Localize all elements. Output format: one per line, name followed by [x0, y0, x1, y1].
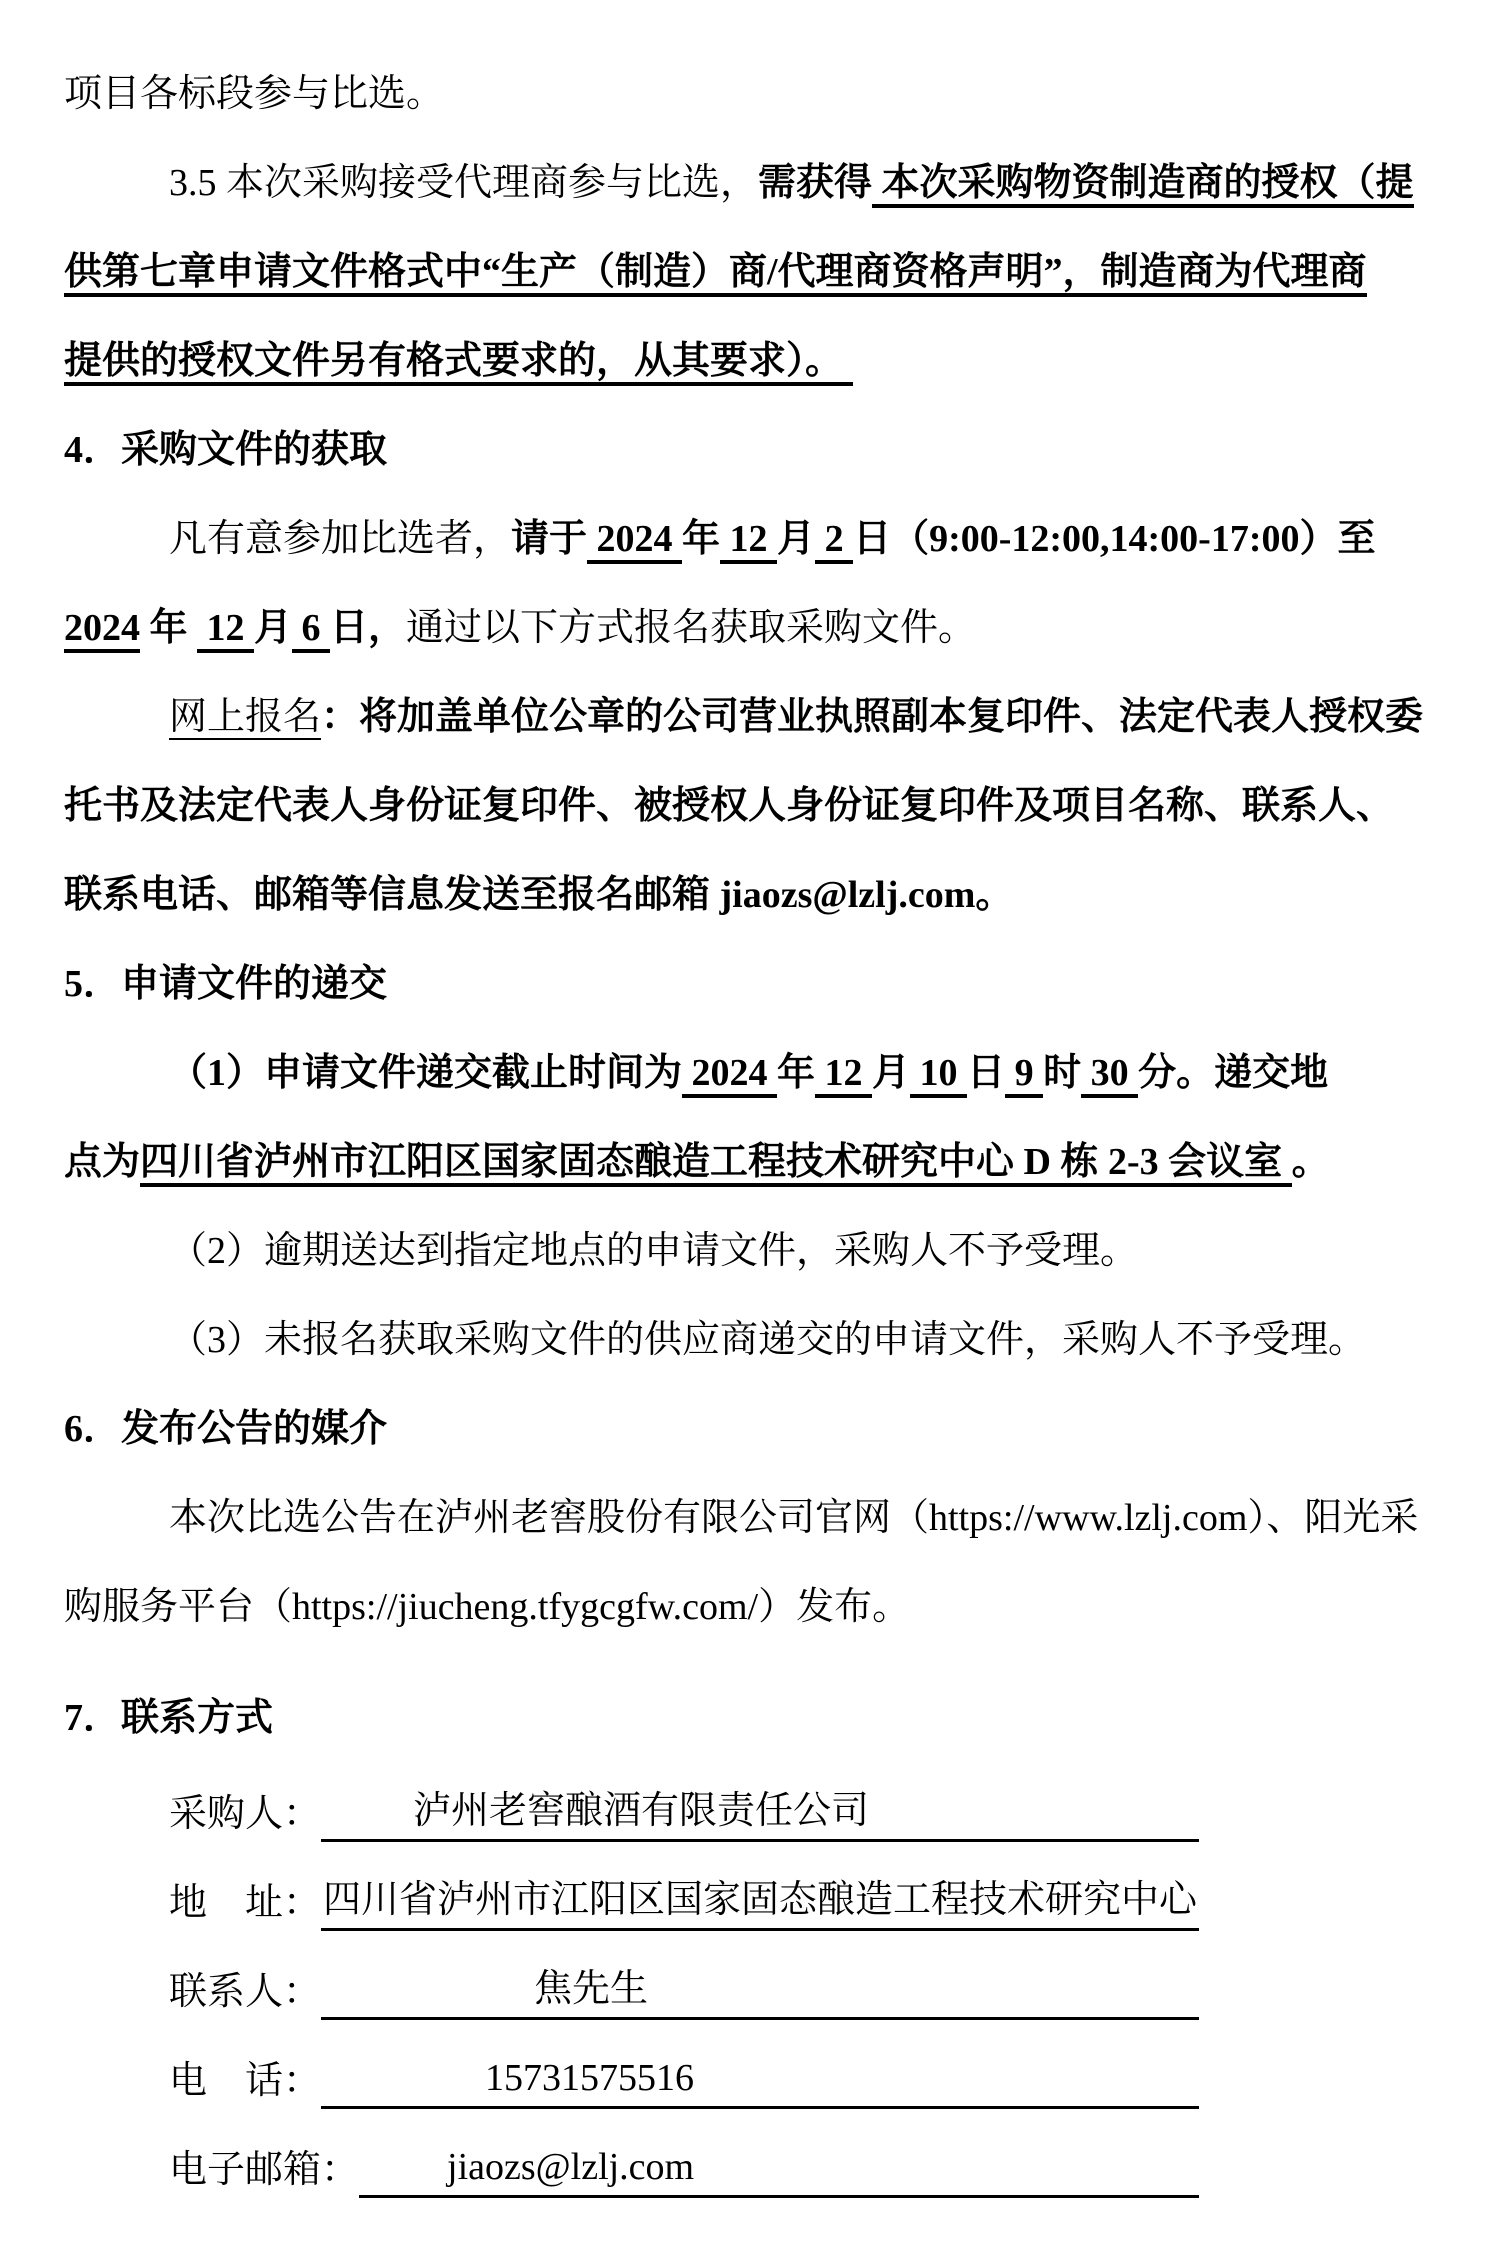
document-line: 7．联系方式 [64, 1674, 1436, 1763]
text-run: 2 [815, 518, 853, 564]
text-run: 。 [1292, 1141, 1330, 1183]
document-line: 托书及法定代表人身份证复印件、被授权人身份证复印件及项目名称、联系人、 [64, 762, 1436, 851]
text-run: 本次比选公告在泸州老窖股份有限公司官网（https://www.lzlj.com… [169, 1497, 1418, 1539]
text-run: 10 [910, 1052, 967, 1098]
text-run: 2024 [682, 1052, 777, 1098]
document-line: 点为四川省泸州市江阳区国家固态酿造工程技术研究中心 D 栋 2-3 会议室 。 [64, 1118, 1436, 1207]
text-run: 项目各标段参与比选。 [64, 73, 444, 115]
text-run: 点为 [64, 1141, 140, 1183]
text-run: 日（9:00-12:00,14:00-17:00）至 [853, 518, 1375, 560]
contact-field-label: 采购人： [169, 1794, 321, 1842]
document-line: 2024 年 12 月 6 日，通过以下方式报名获取采购文件。 [64, 584, 1436, 673]
text-run: 2024 [587, 518, 682, 564]
text-run: 供第七章申请文件格式中“生产（制造）商/代理商资格声明”，制造商为代理商 [64, 251, 1367, 297]
contact-field-row: 采购人：泸州老窖酿酒有限责任公司 [169, 1763, 1199, 1852]
text-run: 日， [330, 607, 406, 649]
text-run: 网上报名 [169, 696, 321, 740]
text-run: 时 [1043, 1052, 1081, 1094]
document-line: 项目各标段参与比选。 [64, 50, 1436, 139]
text-run: ： [321, 696, 359, 738]
document-line: 提供的授权文件另有格式要求的，从其要求）。 [64, 317, 1436, 406]
text-run: 12 [720, 518, 777, 564]
contact-field-value: 四川省泸州市江阳区国家固态酿造工程技术研究中心 [321, 1880, 1199, 1931]
text-run: 需获得 [758, 162, 872, 204]
text-run: （3）未报名获取采购文件的供应商递交的申请文件，采购人不予受理。 [169, 1319, 1366, 1361]
document-line: （1）申请文件递交截止时间为 2024 年 12 月 10 日 9 时 30 分… [64, 1029, 1436, 1118]
document-line: 供第七章申请文件格式中“生产（制造）商/代理商资格声明”，制造商为代理商 [64, 228, 1436, 317]
contact-field-row: 地 址：四川省泸州市江阳区国家固态酿造工程技术研究中心 [169, 1852, 1199, 1941]
text-run: 年 [682, 518, 720, 560]
text-run: 将加盖单位公章的公司营业执照副本复印件、法定代表人授权委 [359, 696, 1423, 738]
contact-field-row: 电 话：15731575516 [169, 2030, 1199, 2119]
text-run: 9 [1005, 1052, 1043, 1098]
contact-field-label: 电子邮箱： [169, 2150, 359, 2198]
text-run: 月 [254, 607, 292, 649]
text-run: 购服务平台（https://jiucheng.tfygcgfw.com/）发布。 [64, 1586, 910, 1628]
document-line: 本次比选公告在泸州老窖股份有限公司官网（https://www.lzlj.com… [64, 1474, 1436, 1563]
document-line: 网上报名：将加盖单位公章的公司营业执照副本复印件、法定代表人授权委 [64, 673, 1436, 762]
text-run: 12 [815, 1052, 872, 1098]
document-line: 购服务平台（https://jiucheng.tfygcgfw.com/）发布。 [64, 1563, 1436, 1652]
text-run: 7．联系方式 [64, 1697, 273, 1739]
text-run: 日 [967, 1052, 1005, 1094]
text-run: 本次采购物资制造商的授权（提 [872, 162, 1414, 208]
text-run: 月 [777, 518, 815, 560]
text-run: 年 [140, 607, 197, 649]
text-run: 2024 [64, 607, 140, 653]
document-page: 项目各标段参与比选。3.5 本次采购接受代理商参与比选，需获得 本次采购物资制造… [0, 0, 1500, 2260]
text-run: 托书及法定代表人身份证复印件、被授权人身份证复印件及项目名称、联系人、 [64, 785, 1394, 827]
document-line: 凡有意参加比选者，请于 2024 年 12 月 2 日（9:00-12:00,1… [64, 495, 1436, 584]
document-line: （2）逾期送达到指定地点的申请文件，采购人不予受理。 [64, 1207, 1436, 1296]
contact-field-row: 联系人：焦先生 [169, 1941, 1199, 2030]
text-run: （2）逾期送达到指定地点的申请文件，采购人不予受理。 [169, 1230, 1138, 1272]
text-run: 请于 [511, 518, 587, 560]
contact-field-label: 电 话： [169, 2061, 321, 2109]
document-line: 6．发布公告的媒介 [64, 1385, 1436, 1474]
text-run: 凡有意参加比选者， [169, 518, 511, 560]
contact-field-value: 15731575516 [321, 2058, 1199, 2109]
document-line: 联系电话、邮箱等信息发送至报名邮箱 jiaozs@lzlj.com。 [64, 851, 1436, 940]
document-line: 3.5 本次采购接受代理商参与比选，需获得 本次采购物资制造商的授权（提 [64, 139, 1436, 228]
document-line: （3）未报名获取采购文件的供应商递交的申请文件，采购人不予受理。 [64, 1296, 1436, 1385]
contact-field-value: jiaozs@lzlj.com [359, 2147, 1199, 2198]
contact-field-value: 焦先生 [321, 1969, 1199, 2020]
text-run: 6 [292, 607, 330, 653]
text-run: 4．采购文件的获取 [64, 429, 387, 471]
text-run: 分。递交地 [1138, 1052, 1328, 1094]
text-run: 年 [777, 1052, 815, 1094]
contact-field-label: 联系人： [169, 1972, 321, 2020]
contact-field-row: 电子邮箱：jiaozs@lzlj.com [169, 2119, 1199, 2208]
text-run: 12 [197, 607, 254, 653]
text-run: 四川省泸州市江阳区国家固态酿造工程技术研究中心 D 栋 2-3 会议室 [140, 1141, 1292, 1187]
text-run: 通过以下方式报名获取采购文件。 [406, 607, 976, 649]
text-run: 提供的授权文件另有格式要求的，从其要求）。 [64, 340, 853, 386]
text-run: 联系电话、邮箱等信息发送至报名邮箱 jiaozs@lzlj.com。 [64, 874, 1013, 916]
text-run: 月 [872, 1052, 910, 1094]
text-run: 30 [1081, 1052, 1138, 1098]
text-run: 5．申请文件的递交 [64, 963, 387, 1005]
document-line: 4．采购文件的获取 [64, 406, 1436, 495]
contact-field-value: 泸州老窖酿酒有限责任公司 [321, 1791, 1199, 1842]
text-run: 6．发布公告的媒介 [64, 1408, 387, 1450]
text-run: （1）申请文件递交截止时间为 [169, 1052, 682, 1094]
contact-field-label: 地 址： [169, 1883, 321, 1931]
document-line: 5．申请文件的递交 [64, 940, 1436, 1029]
text-run: 3.5 本次采购接受代理商参与比选， [169, 162, 758, 204]
